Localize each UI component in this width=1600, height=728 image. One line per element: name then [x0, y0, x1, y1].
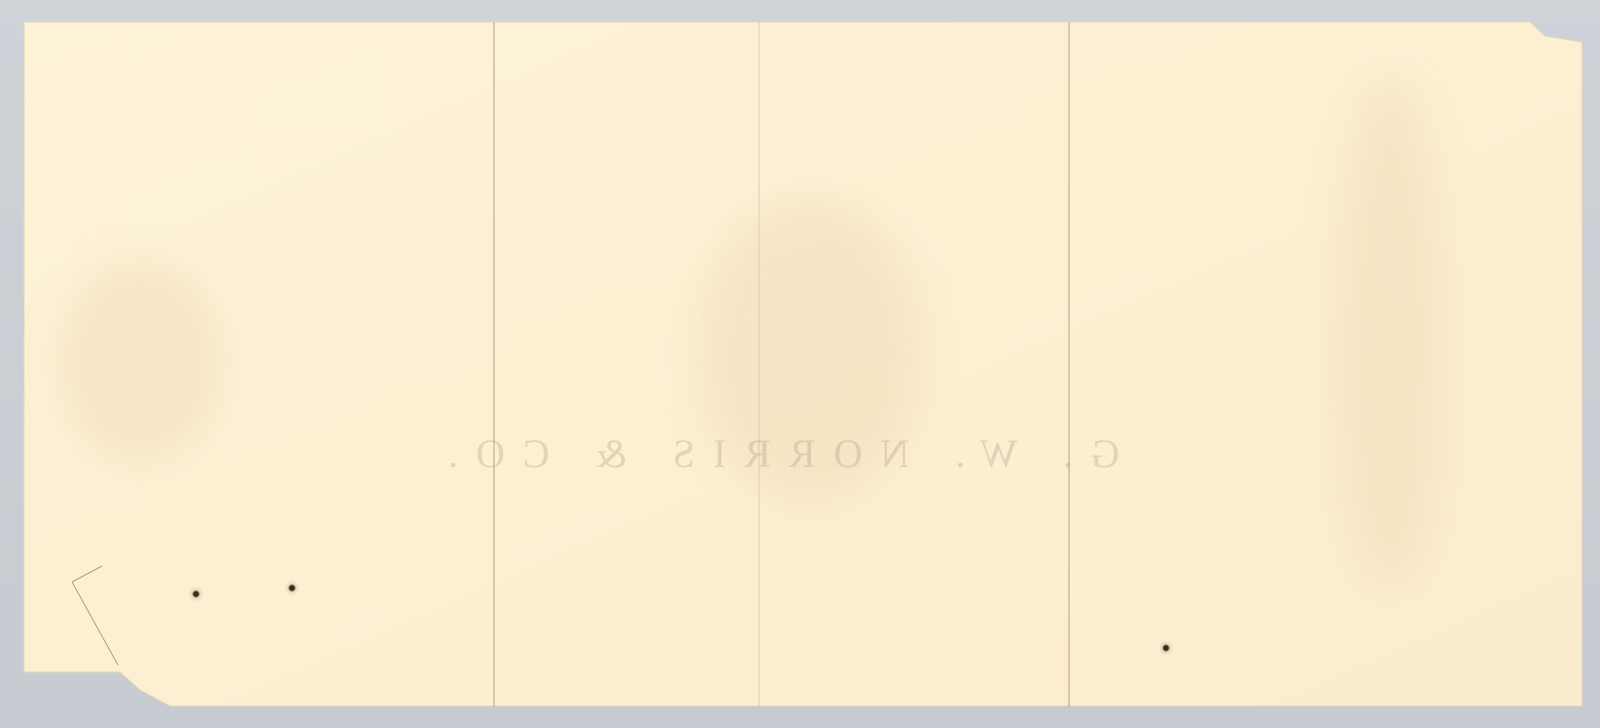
paper-stain: [1340, 80, 1440, 580]
punch-hole: [188, 586, 204, 602]
fold-line-1: [493, 22, 495, 707]
punch-hole: [284, 580, 300, 596]
paper-stain: [60, 260, 220, 460]
punch-hole: [1158, 640, 1174, 656]
bleed-through-letterhead: G. W. NORRIS & CO.: [430, 430, 1120, 477]
fold-line-3: [1068, 22, 1070, 707]
